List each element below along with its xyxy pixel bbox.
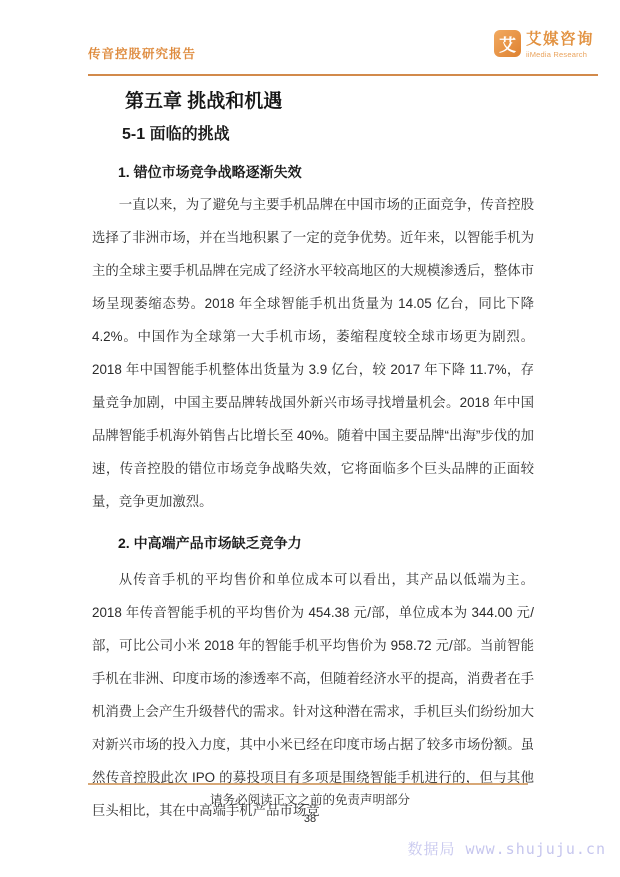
report-title: 传音控股研究报告 [88, 44, 196, 62]
subsection-heading-2: 2. 中高端产品市场缺乏竞争力 [118, 534, 534, 553]
page-header: 传音控股研究报告 艾 艾媒咨询 iiMedia Research [0, 0, 620, 76]
subsection-heading-1: 1. 错位市场竞争战略逐渐失效 [118, 163, 534, 182]
header-divider [88, 74, 598, 76]
iimedia-logo: 艾 艾媒咨询 iiMedia Research [494, 30, 594, 58]
disclaimer-text: 请务必阅读正文之前的免责声明部分 [0, 790, 620, 808]
iimedia-logo-icon: 艾 [494, 30, 521, 57]
report-page: 传音控股研究报告 艾 艾媒咨询 iiMedia Research 第五章 挑战和… [0, 0, 620, 877]
logo-name-cn: 艾媒咨询 [526, 32, 594, 48]
watermark: 数据局 www.shujuju.cn [408, 838, 606, 859]
document-content: 第五章 挑战和机遇 5-1 面临的挑战 1. 错位市场竞争战略逐渐失效 一直以来… [0, 89, 620, 827]
body-paragraph-2: 从传音手机的平均售价和单位成本可以看出，其产品以低端为主。2018 年传音智能手… [92, 563, 534, 827]
footer-divider [88, 783, 528, 785]
body-paragraph-1: 一直以来，为了避免与主要手机品牌在中国市场的正面竞争，传音控股选择了非洲市场，并… [92, 188, 534, 518]
logo-text: 艾媒咨询 iiMedia Research [526, 30, 594, 58]
logo-name-en: iiMedia Research [526, 51, 594, 59]
section-title: 5-1 面临的挑战 [122, 124, 534, 146]
page-number: 38 [0, 813, 620, 825]
chapter-title: 第五章 挑战和机遇 [125, 89, 534, 115]
